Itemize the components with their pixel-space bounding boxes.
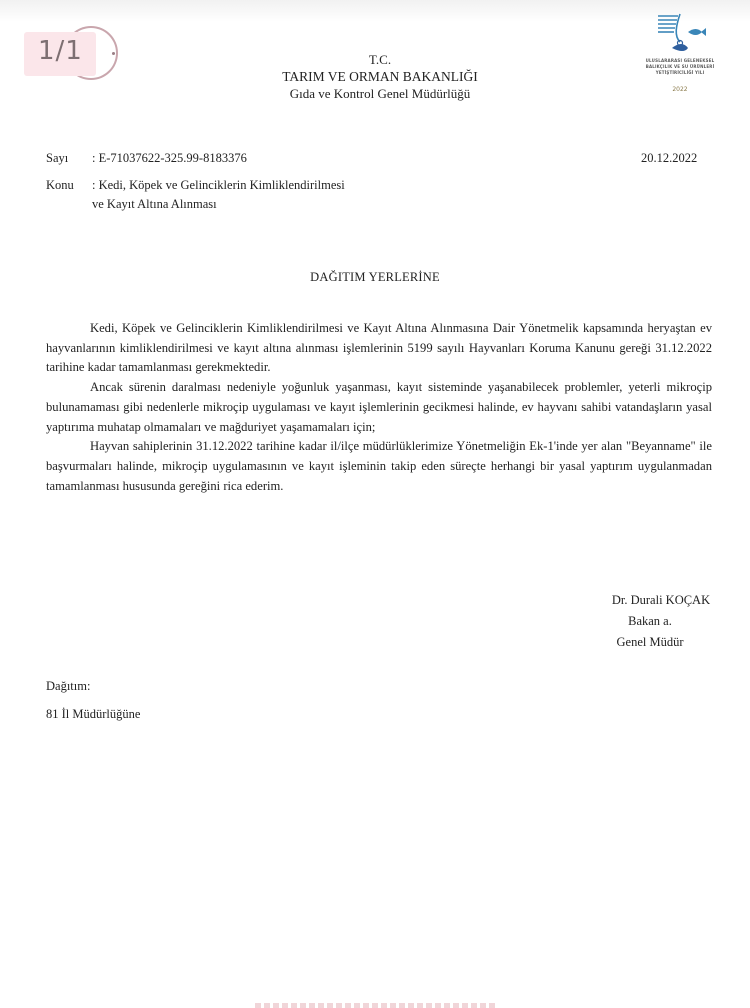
body-paragraph: Hayvan sahiplerinin 31.12.2022 tarihine … [46, 437, 712, 496]
cropped-footer-text [255, 1003, 495, 1008]
subject: Konu: Kedi, Köpek ve Gelinciklerin Kimli… [46, 176, 352, 214]
letterhead-ministry: TARIM VE ORMAN BAKANLIĞI [200, 68, 560, 85]
reference-label: Sayı [46, 149, 92, 168]
body-paragraph: Ancak sürenin daralması nedeniyle yoğunl… [46, 378, 712, 437]
logo-year: 2022 [640, 86, 720, 93]
letter-body: Kedi, Köpek ve Gelinciklerin Kimliklendi… [46, 319, 712, 496]
signatory-role: Bakan a. [560, 611, 740, 632]
page-indicator[interactable]: 1/1 [24, 26, 104, 78]
top-shadow [0, 0, 750, 22]
event-logo: ULUSLARARASI GELENEKSEL BALIKÇILIK VE SU… [640, 12, 720, 97]
body-paragraph: Kedi, Köpek ve Gelinciklerin Kimliklendi… [46, 319, 712, 378]
reference-value: : E-71037622-325.99-8183376 [92, 149, 247, 168]
page-number: 1/1 [38, 36, 83, 66]
distribution-label: Dağıtım: [46, 677, 140, 696]
letterhead-tc: T.C. [200, 51, 560, 68]
subject-label: Konu [46, 176, 92, 195]
signature-block: Dr. Durali KOÇAK Bakan a. Genel Müdür [560, 590, 740, 653]
page-dial-dot [112, 52, 115, 55]
subject-value: : Kedi, Köpek ve Gelinciklerin Kimliklen… [92, 176, 352, 214]
signatory-name: Dr. Durali KOÇAK [582, 590, 740, 611]
signatory-title: Genel Müdür [560, 632, 740, 653]
logo-text: ULUSLARARASI GELENEKSEL BALIKÇILIK VE SU… [640, 58, 720, 76]
distribution-list: Dağıtım: 81 İl Müdürlüğüne [46, 677, 140, 724]
document-date: 20.12.2022 [641, 149, 697, 168]
recipient-heading: DAĞITIM YERLERİNE [0, 270, 750, 285]
letterhead: T.C. TARIM VE ORMAN BAKANLIĞI Gıda ve Ko… [200, 51, 560, 102]
letterhead-directorate: Gıda ve Kontrol Genel Müdürlüğü [200, 85, 560, 102]
fish-water-face-logo-icon [640, 12, 720, 58]
reference-number: Sayı: E-71037622-325.99-8183376 [46, 149, 247, 168]
distribution-item: 81 İl Müdürlüğüne [46, 705, 140, 724]
